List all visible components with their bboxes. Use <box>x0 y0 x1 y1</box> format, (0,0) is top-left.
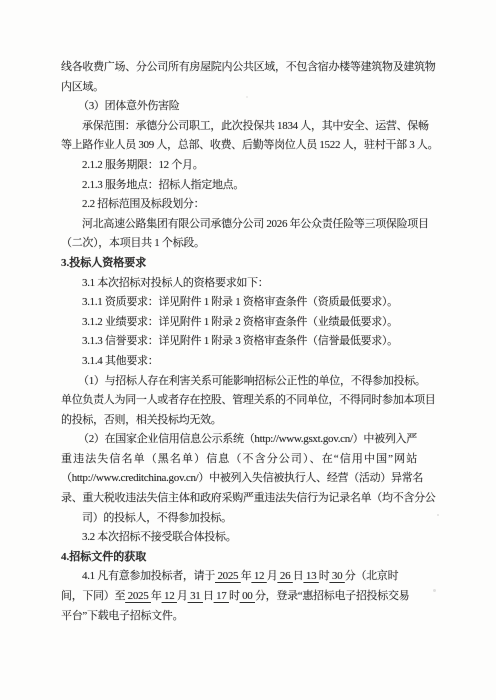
document-page: 线各收费广场、分公司所有房屋院内公共区域，不包含宿办楼等建筑物及建筑物 内区域。… <box>0 0 496 700</box>
document-line: 2.1.2 服务期限：12 个月。 <box>61 156 441 176</box>
document-line: （二次），本项目共 1 个标段。 <box>61 234 441 254</box>
section-heading-3: 3.投标人资格要求 <box>61 254 441 274</box>
document-line: （http://www.creditchina.gov.cn/）中被列入失信被执… <box>61 469 441 489</box>
document-line: 重违法失信名单（黑名单）信息（不含分公司）、在“信用中国”网站 <box>61 450 441 470</box>
document-line: （1）与招标人存在利害关系可能影响招标公正性的单位，不得参加投标。 <box>61 372 441 392</box>
section-heading-4: 4.招标文件的获取 <box>61 548 441 568</box>
document-line: 2.1.3 服务地点：招标人指定地点。 <box>61 176 441 196</box>
document-line: 司）的投标人，不得参加投标。 <box>61 509 441 529</box>
document-line: （2）在国家企业信用信息公示系统（http://www.gsxt.gov.cn/… <box>61 430 441 450</box>
document-line: 内区域。 <box>61 78 441 98</box>
document-line-dates: 4.1 凡有意参加投标者，请于 2025 年 12 月 26 日 13 时 30… <box>61 567 441 587</box>
document-line: 3.1.2 业绩要求：详见附件 1 附录 2 资格审查条件（业绩最低要求）。 <box>61 313 441 333</box>
document-line: 2.2 招标范围及标段划分： <box>61 195 441 215</box>
document-line: 3.2 本次招标不接受联合体投标。 <box>61 528 441 548</box>
document-line: 线各收费广场、分公司所有房屋院内公共区域，不包含宿办楼等建筑物及建筑物 <box>61 58 441 78</box>
document-line: 平台”下载电子招标文件。 <box>61 607 441 627</box>
document-line: 单位负责人为同一人或者存在控股、管理关系的不同单位，不得同时参加本项目 <box>61 391 441 411</box>
document-line: 3.1.4 其他要求： <box>61 352 441 372</box>
document-line: 录、重大税收违法失信主体和政府采购严重违法失信行为记录名单（均不含分公 <box>61 489 441 509</box>
document-line-dates: 间，下同）至 2025 年 12 月 31 日 17 时 00 分，登录“惠招标… <box>61 587 441 607</box>
document-line: 承保范围：承德分公司职工，此次投保共 1834 人，其中安全、运营、保畅 <box>61 117 441 137</box>
document-line: 3.1 本次招标对投标人的资格要求如下： <box>61 274 441 294</box>
document-line: 3.1.1 资质要求：详见附件 1 附录 1 资格审查条件（资质最低要求）。 <box>61 293 441 313</box>
document-line: 等上路作业人员 309 人，总部、收费、后勤等岗位人员 1522 人，驻村干部 … <box>61 136 441 156</box>
document-line: （3）团体意外伤害险 <box>61 97 441 117</box>
document-line: 的投标，否则，相关投标均无效。 <box>61 411 441 431</box>
document-line: 3.1.3 信誉要求：详见附件 1 附录 3 资格审查条件（信誉最低要求）。 <box>61 332 441 352</box>
document-text-block: 线各收费广场、分公司所有房屋院内公共区域，不包含宿办楼等建筑物及建筑物 内区域。… <box>61 58 441 626</box>
document-line: 河北高速公路集团有限公司承德分公司 2026 年公众责任险等三项保险项目 <box>61 215 441 235</box>
